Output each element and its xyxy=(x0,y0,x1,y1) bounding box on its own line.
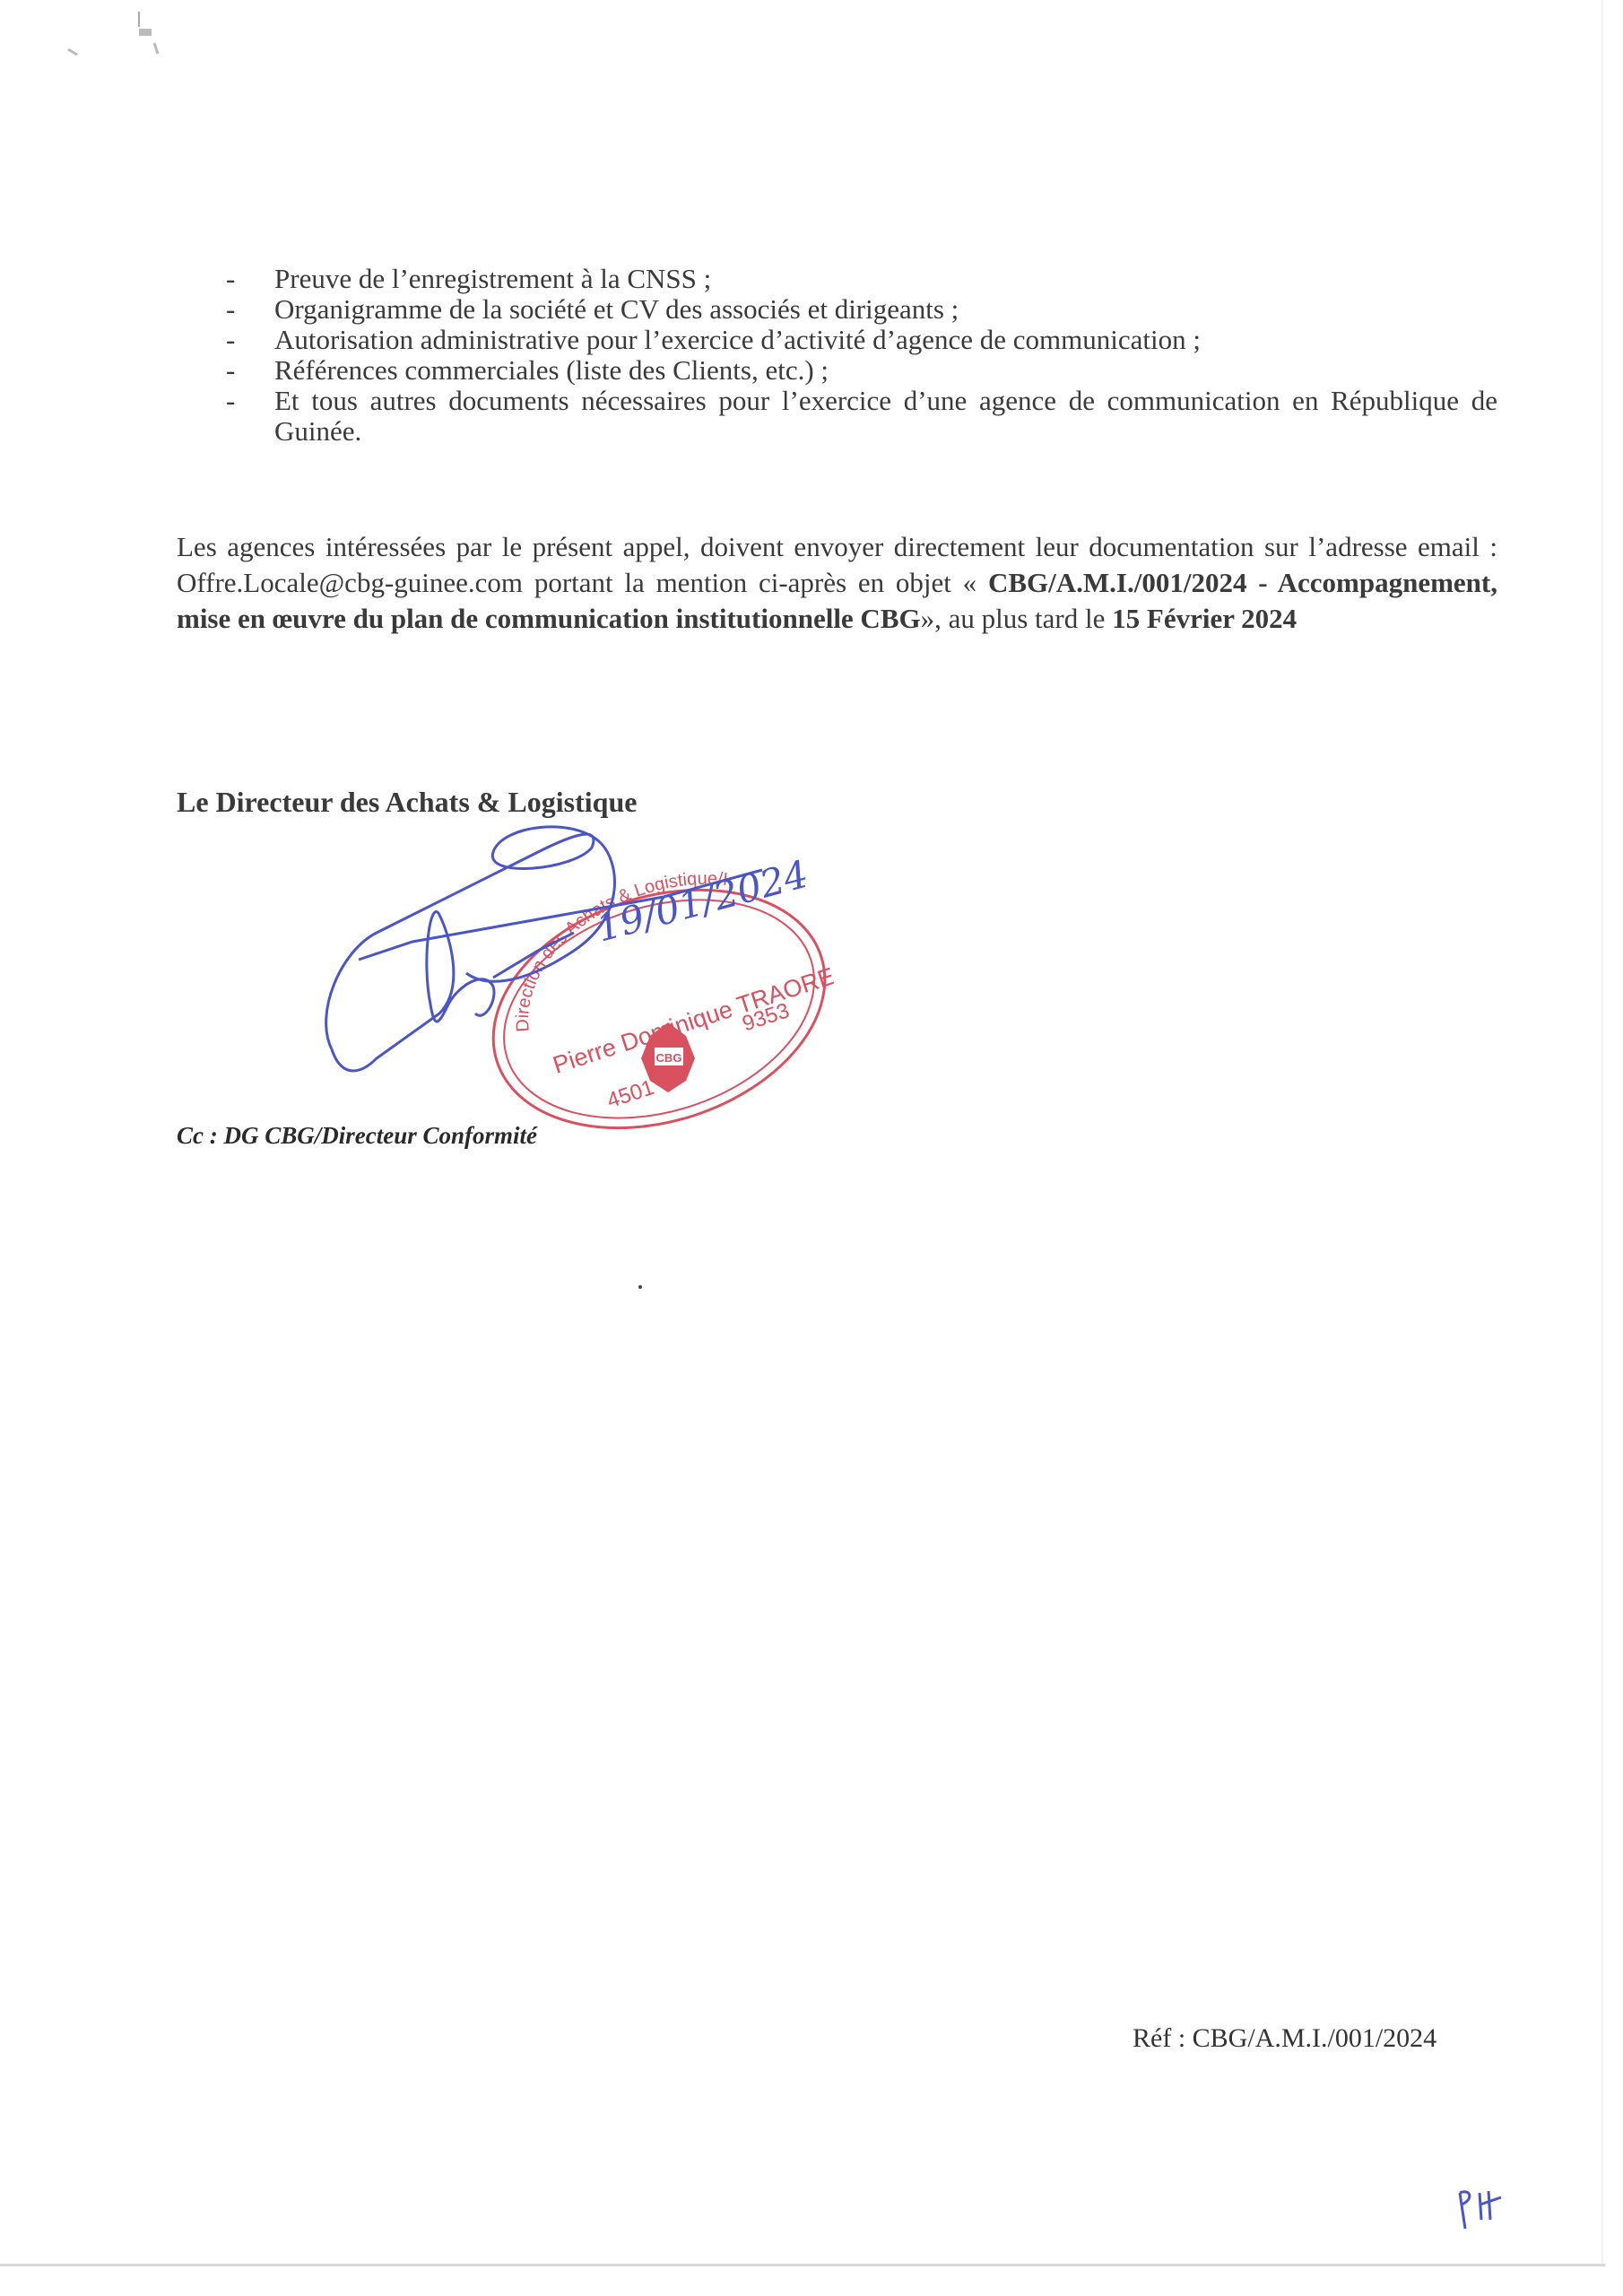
reference-number: Réf : CBG/A.M.I./001/2024 xyxy=(1133,2023,1436,2054)
submission-text: portant la mention ci-après en objet xyxy=(523,567,963,598)
bullet-dash: - xyxy=(226,386,235,416)
bullet-dash: - xyxy=(226,264,235,294)
email-address: Offre.Locale@cbg-guinee.com xyxy=(177,567,523,598)
handwritten-initials xyxy=(1453,2188,1506,2233)
page-edge xyxy=(1601,0,1603,2264)
list-item-text: Et tous autres documents nécessaires pou… xyxy=(274,386,1497,447)
bullet-dash: - xyxy=(226,294,235,325)
scan-artifact xyxy=(638,1285,642,1289)
list-item-text: Références commerciales (liste des Clien… xyxy=(274,354,829,386)
bullet-dash: - xyxy=(226,355,235,386)
deadline-date: 15 Février 2024 xyxy=(1112,603,1297,634)
page-edge xyxy=(0,2264,1605,2266)
list-item: -Références commerciales (liste des Clie… xyxy=(215,355,1497,386)
list-item: -Autorisation administrative pour l’exer… xyxy=(215,325,1497,355)
scan-artifact xyxy=(65,47,82,57)
quote-close: », au plus tard le xyxy=(921,603,1113,634)
list-item-text: Autorisation administrative pour l’exerc… xyxy=(274,324,1201,355)
scan-artifact xyxy=(135,7,170,61)
cc-line: Cc : DG CBG/Directeur Conformité xyxy=(177,1122,537,1150)
list-item-text: Preuve de l’enregistrement à la CNSS ; xyxy=(274,263,711,294)
submission-intro: Les agences intéressées par le présent a… xyxy=(177,531,1497,562)
list-item-text: Organigramme de la société et CV des ass… xyxy=(274,293,959,325)
handwritten-date: 19/01/2024 xyxy=(592,852,813,951)
requirements-list: -Preuve de l’enregistrement à la CNSS ; … xyxy=(215,264,1497,447)
document-page: -Preuve de l’enregistrement à la CNSS ; … xyxy=(0,0,1623,2296)
list-item: -Preuve de l’enregistrement à la CNSS ; xyxy=(215,264,1497,294)
signature: 19/01/2024 xyxy=(305,807,861,1148)
bullet-dash: - xyxy=(226,325,235,355)
list-item: -Organigramme de la société et CV des as… xyxy=(215,294,1497,325)
submission-paragraph: Les agences intéressées par le présent a… xyxy=(177,529,1497,637)
quote-open: « xyxy=(963,567,988,598)
list-item: -Et tous autres documents nécessaires po… xyxy=(215,386,1497,447)
